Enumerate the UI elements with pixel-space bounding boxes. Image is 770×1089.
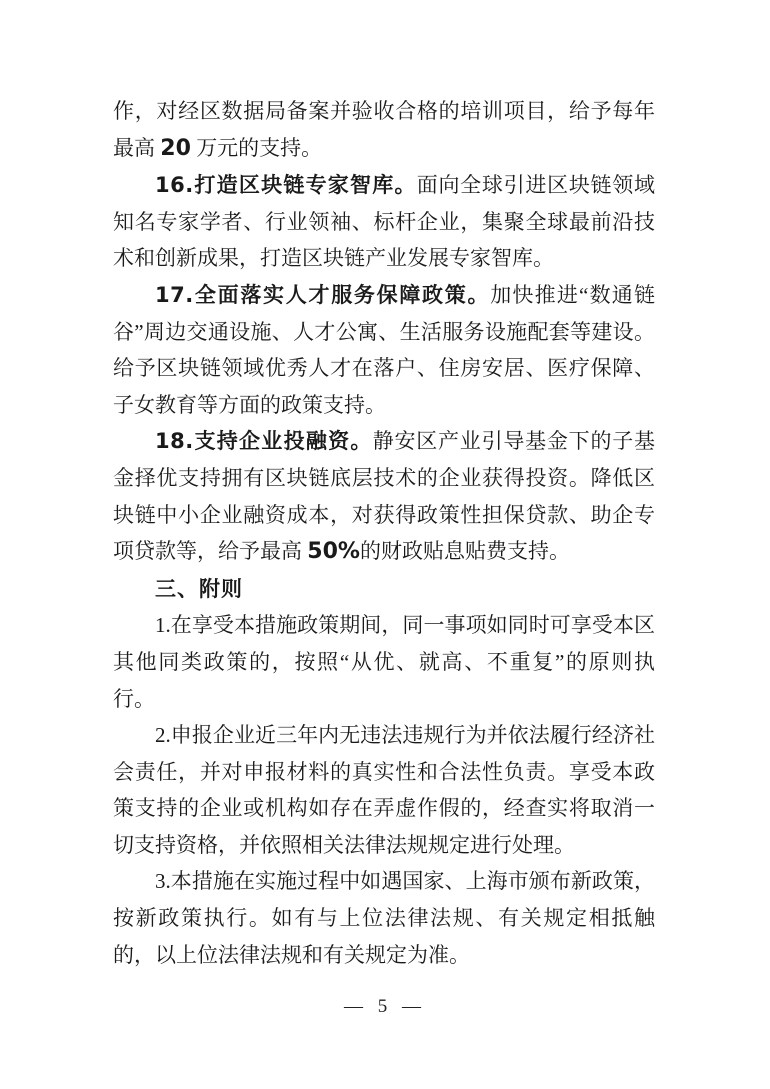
continuation-paragraph: 作，对经区数据局备案并验收合格的培训项目，给予每年最高 20 万元的支持。 xyxy=(113,93,655,167)
measure-16-paragraph: 16.打造区块链专家智库。面向全球引进区块链领域知名专家学者、行业领袖、标杆企业… xyxy=(113,167,655,277)
amount-20wan: 20 xyxy=(160,136,191,161)
measure-17-paragraph: 17.全面落实人才服务保障政策。加快推进“数通链谷”周边交通设施、人才公寓、生活… xyxy=(113,277,655,423)
percent-50: 50% xyxy=(307,539,360,564)
appendix-item-2: 2.申报企业近三年内无违法违规行为并依法履行经济社会责任，并对申报材料的真实性和… xyxy=(113,717,655,863)
measure-18-body-post: 的财政贴息贴费支持。 xyxy=(360,539,570,563)
document-body: 作，对经区数据局备案并验收合格的培训项目，给予每年最高 20 万元的支持。 16… xyxy=(113,93,655,973)
appendix-item-1: 1.在享受本措施政策期间，同一事项如同时可享受本区其他同类政策的，按照“从优、就… xyxy=(113,607,655,717)
appendix-item-3: 3.本措施在实施过程中如遇国家、上海市颁布新政策，按新政策执行。如有与上位法律法… xyxy=(113,863,655,973)
page-number: — 5 — xyxy=(0,996,770,1018)
measure-18-paragraph: 18.支持企业投融资。静安区产业引导基金下的子基金择优支持拥有区块链底层技术的企… xyxy=(113,423,655,570)
measure-16-heading: 16.打造区块链专家智库。 xyxy=(155,173,417,197)
document-page: 作，对经区数据局备案并验收合格的培训项目，给予每年最高 20 万元的支持。 16… xyxy=(0,0,770,1089)
appendix-section-heading: 三、附则 xyxy=(113,571,655,608)
measure-17-heading: 17.全面落实人才服务保障政策。 xyxy=(155,283,490,307)
measure-18-heading: 18.支持企业投融资。 xyxy=(155,429,373,453)
continuation-text-post: 万元的支持。 xyxy=(191,136,322,160)
